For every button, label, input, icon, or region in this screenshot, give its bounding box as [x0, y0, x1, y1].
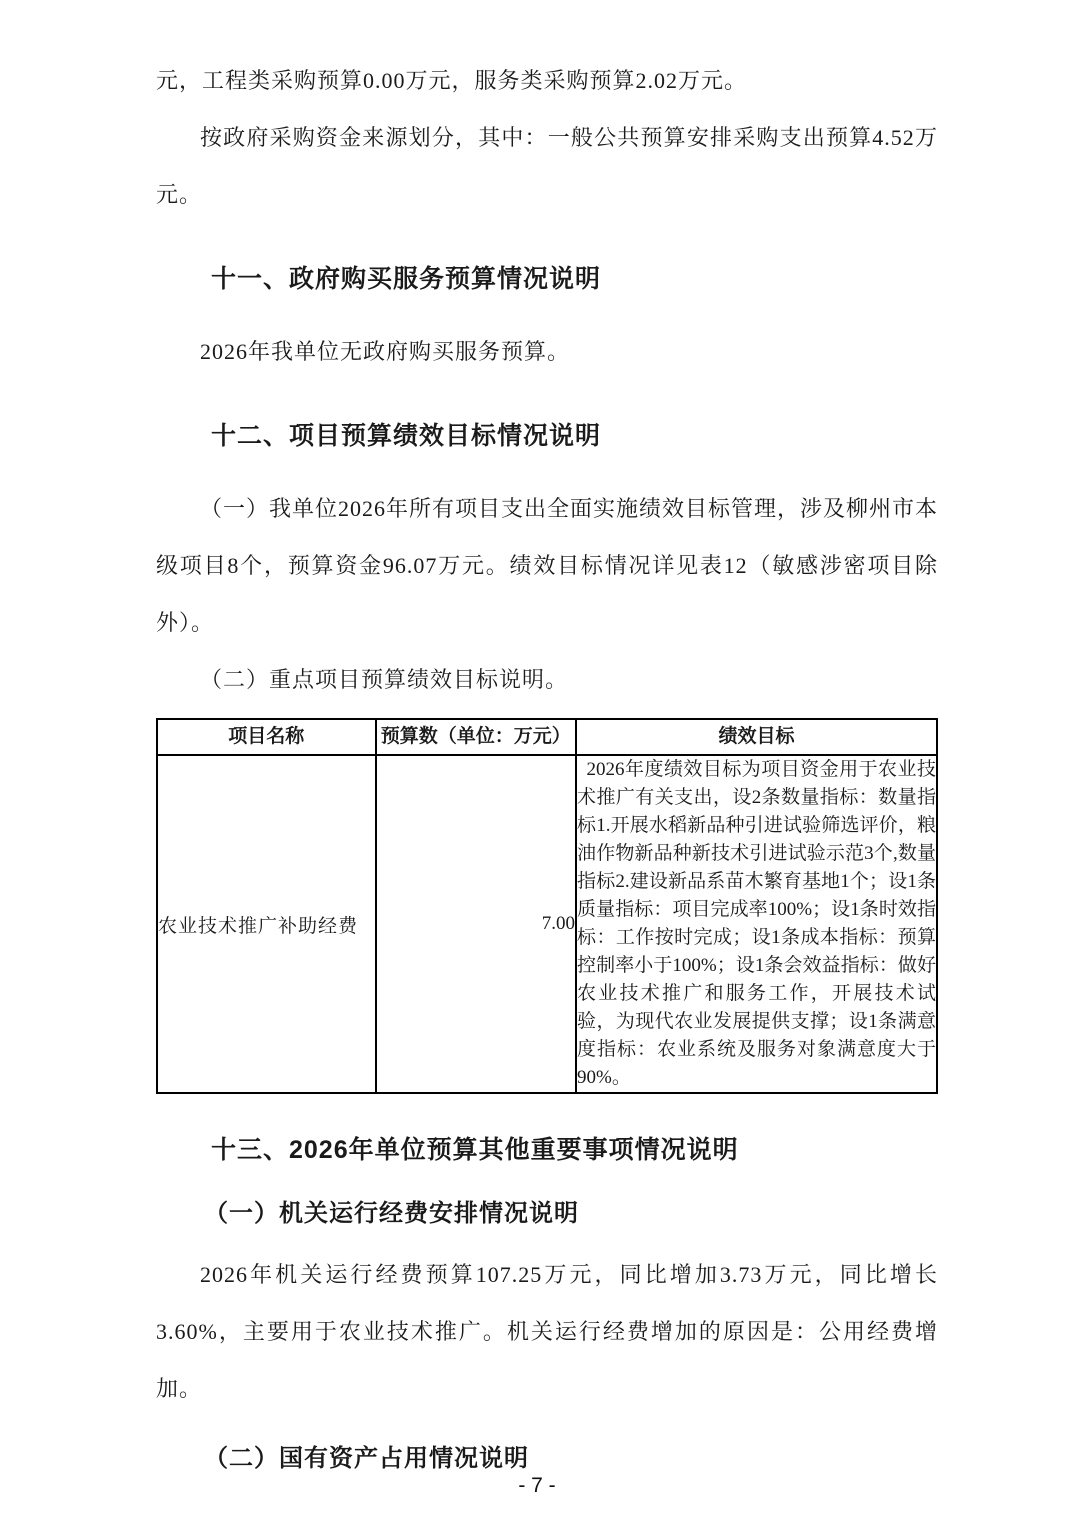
section-13-sub-1-heading: （一）机关运行经费安排情况说明	[156, 1194, 938, 1234]
table-header-goal: 绩效目标	[576, 719, 937, 755]
page-number: - 7 -	[0, 1474, 1074, 1498]
document-page: 元，工程类采购预算0.00万元，服务类采购预算2.02万元。 按政府采购资金来源…	[0, 0, 1074, 1520]
table-header-budget: 预算数（单位：万元）	[376, 719, 577, 755]
section-12-heading: 十二、项目预算绩效目标情况说明	[156, 416, 938, 456]
table-row: 农业技术推广补助经费 7.00 2026年度绩效目标为项目资金用于农业技术推广有…	[157, 755, 937, 1093]
section-13-heading: 十三、2026年单位预算其他重要事项情况说明	[156, 1130, 938, 1170]
paragraph-procurement-funding: 按政府采购资金来源划分，其中：一般公共预算安排采购支出预算4.52万元。	[156, 109, 938, 223]
section-11-heading: 十一、政府购买服务预算情况说明	[156, 259, 938, 299]
section-12-paragraph-2: （二）重点项目预算绩效目标说明。	[156, 651, 938, 708]
table-cell-goal: 2026年度绩效目标为项目资金用于农业技术推广有关支出，设2条数量指标：数量指标…	[576, 755, 937, 1093]
section-13-sub-1-paragraph: 2026年机关运行经费预算107.25万元，同比增加3.73万元，同比增长3.6…	[156, 1246, 938, 1417]
table-cell-project-name: 农业技术推广补助经费	[157, 755, 376, 1093]
paragraph-procurement-carryover: 元，工程类采购预算0.00万元，服务类采购预算2.02万元。	[156, 52, 938, 109]
performance-goal-table: 项目名称 预算数（单位：万元） 绩效目标 农业技术推广补助经费 7.00 202…	[156, 718, 938, 1094]
table-cell-budget: 7.00	[376, 755, 577, 1093]
section-12-paragraph-1: （一）我单位2026年所有项目支出全面实施绩效目标管理，涉及柳州市本级项目8个，…	[156, 480, 938, 651]
table-header-project-name: 项目名称	[157, 719, 376, 755]
section-11-paragraph: 2026年我单位无政府购买服务预算。	[156, 323, 938, 380]
table-header-row: 项目名称 预算数（单位：万元） 绩效目标	[157, 719, 937, 755]
section-13-sub-2-heading: （二）国有资产占用情况说明	[156, 1439, 938, 1479]
